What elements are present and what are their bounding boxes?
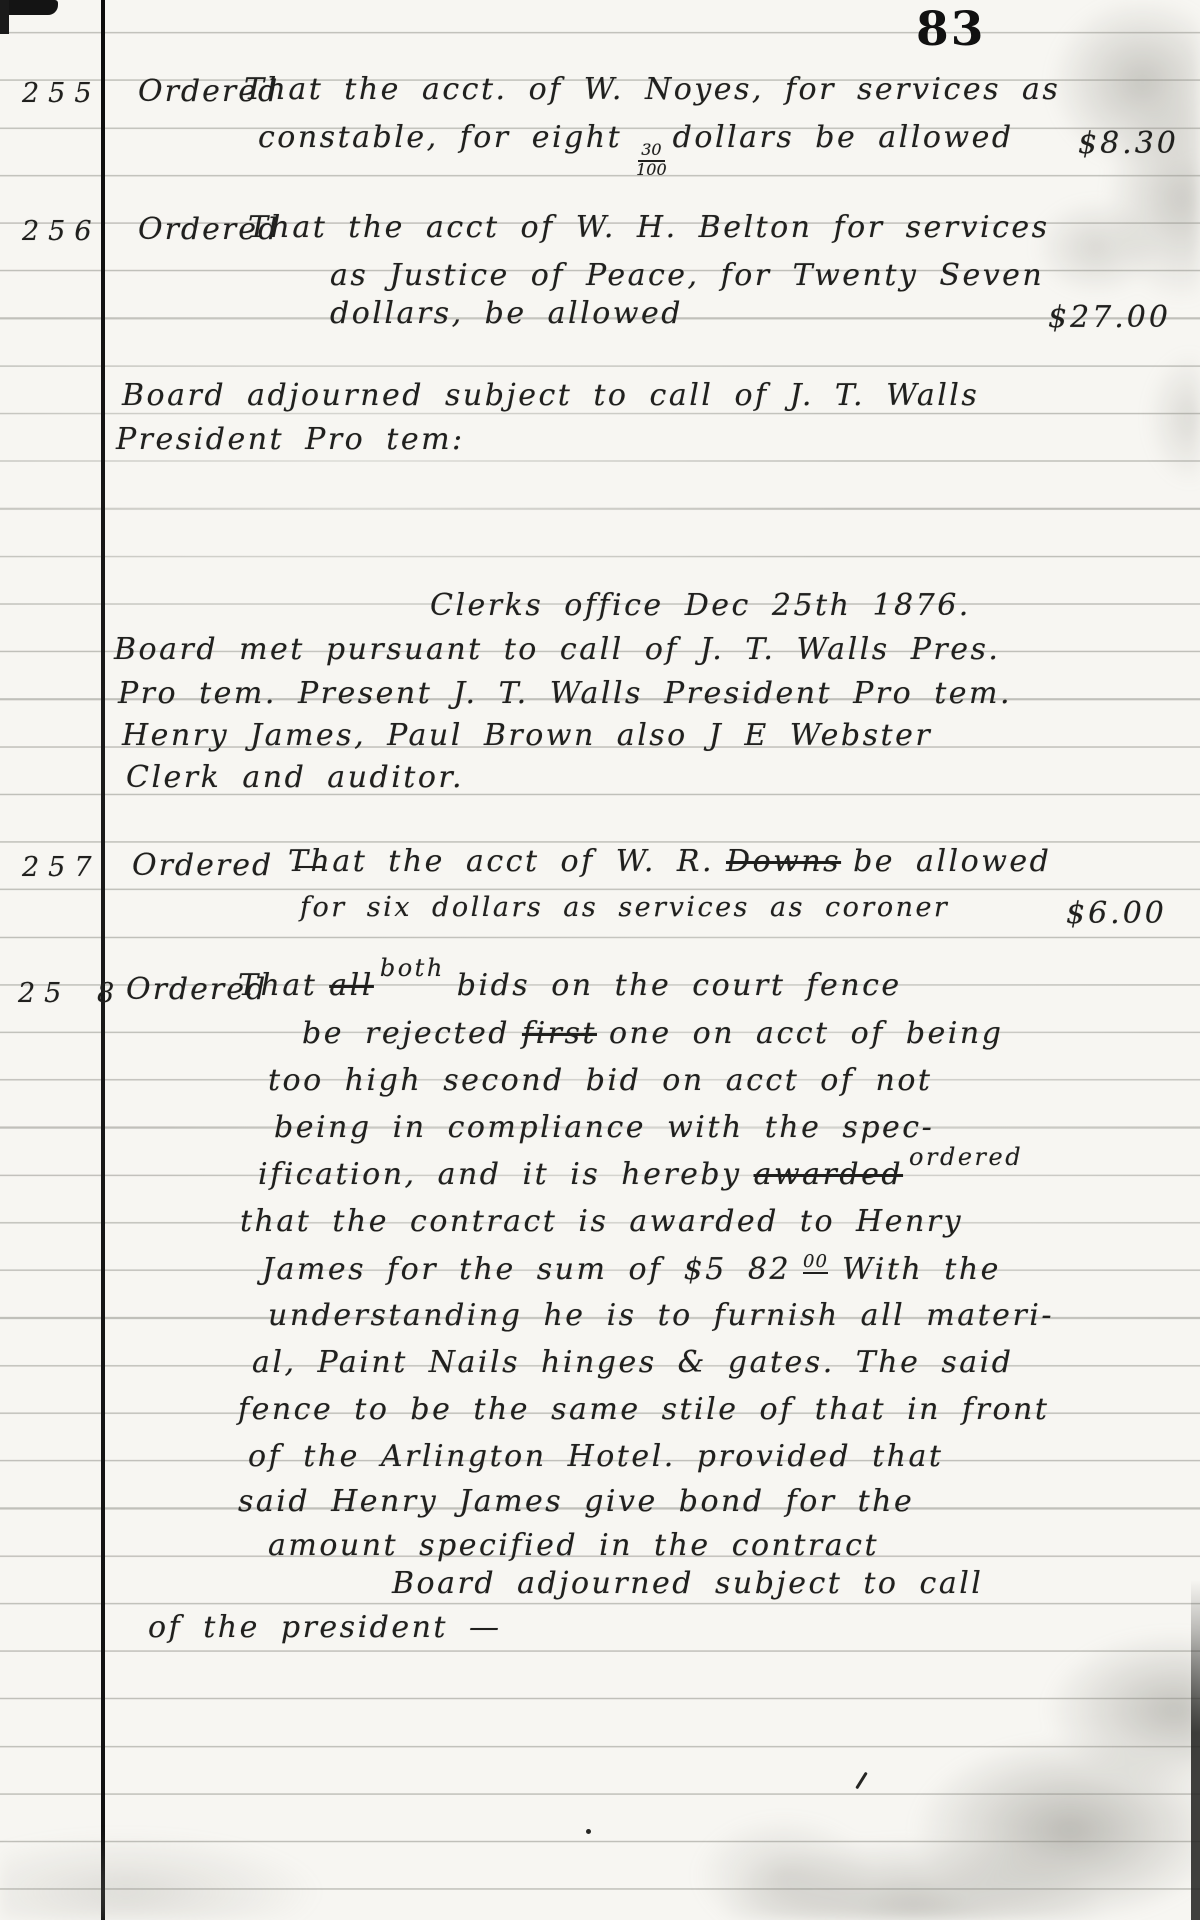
entry-257-amount: $6.00 (1066, 896, 1167, 931)
entry-258-struck-word-first: first (522, 1016, 597, 1051)
entry-255-cents-fraction: 30100 (636, 142, 667, 179)
entry-255-line-2: constable, for eight30100dollars be allo… (258, 120, 1014, 179)
session-line-4: Clerk and auditor. (126, 760, 464, 795)
entry-258-line-1-text: That (238, 968, 317, 1003)
fraction-numerator: 30 (638, 142, 664, 162)
entry-255-line-1: That the acct. of W. Noyes, for services… (244, 72, 1060, 107)
entry-258-struck-word-awarded: awarded (754, 1157, 903, 1192)
session-line-1: Board met pursuant to call of J. T. Wall… (114, 632, 1000, 667)
entry-255-line-2-text: constable, for eight (258, 120, 622, 155)
entry-255-line-2-rest: dollars be allowed (673, 120, 1014, 155)
entry-258-line-9: al, Paint Nails hinges & gates. The said (252, 1345, 1013, 1380)
entry-258-line-8: understanding he is to furnish all mater… (268, 1298, 1054, 1333)
entry-258-line-11: of the Arlington Hotel. provided that (248, 1439, 943, 1474)
entry-258-line-7-rest: With the (842, 1252, 1001, 1287)
entry-257-struck-name: Downs (726, 844, 841, 879)
fraction-denominator: 100 (636, 162, 667, 179)
entry-258-line-5-text: ification, and it is hereby (258, 1157, 742, 1192)
entry-258-line-13: amount specified in the contract (268, 1528, 879, 1563)
margin-rule-line (101, 0, 105, 1920)
entry-258-inserted-word-ordered: ordered (909, 1143, 1023, 1171)
entry-258-line-12: said Henry James give bond for the (238, 1484, 914, 1519)
entry-257-line-1-rest: be allowed (853, 844, 1051, 879)
page-edge-shadow (1191, 1580, 1200, 1920)
entry-258-amount-cents: 00 (803, 1251, 828, 1274)
entry-258-line-2: be rejectedfirstone on acct of being (302, 1016, 1003, 1051)
entry-258-line-3: too high second bid on acct of not (268, 1063, 932, 1098)
entry-257-line-1: That the acct of W. R.Downsbe allowed (288, 844, 1051, 879)
entry-257-number: 257 (22, 852, 101, 883)
entry-258-line-2-text: be rejected (302, 1016, 510, 1051)
entry-258-line-7: James for the sum of $5 8200With the (262, 1251, 1001, 1287)
adjournment-1-line-1: Board adjourned subject to call of J. T.… (122, 378, 979, 413)
entry-258-line-10: fence to be the same stile of that in fr… (238, 1392, 1049, 1427)
session-line-2: Pro tem. Present J. T. Walls President P… (118, 676, 1012, 711)
entry-257-line-1-text: That the acct of W. R. (288, 844, 714, 879)
entry-255-amount: $8.30 (1078, 126, 1179, 161)
entry-256-number: 256 (22, 216, 101, 247)
entry-255-number: 255 (22, 78, 101, 109)
entry-258-line-5: ification, and it is herebyawardedordere… (258, 1157, 1023, 1192)
adjournment-2-line-2: of the president — (148, 1610, 502, 1645)
entry-258-inserted-word-both: both (380, 954, 445, 982)
entry-258-struck-word-all: all (329, 968, 374, 1003)
entry-256-line-3: dollars, be allowed (330, 296, 683, 331)
entry-258-line-6: that the contract is awarded to Henry (240, 1204, 963, 1239)
ledger-page: 83 255 Ordered That the acct. of W. Noye… (0, 0, 1200, 1920)
adjournment-2-line-1: Board adjourned subject to call (392, 1566, 983, 1601)
session-heading: Clerks office Dec 25th 1876. (430, 588, 971, 623)
session-line-3: Henry James, Paul Brown also J E Webster (122, 718, 932, 753)
adjournment-1-line-2: President Pro tem: (116, 422, 465, 457)
entry-256-amount: $27.00 (1048, 300, 1171, 335)
entry-258-line-2-rest: one on acct of being (609, 1016, 1003, 1051)
entry-258-number: 25 8 (18, 978, 123, 1009)
page-number: 83 (916, 2, 985, 57)
entry-258-line-4: being in compliance with the spec- (274, 1110, 934, 1145)
stray-ink-dot (586, 1829, 591, 1834)
ink-blot-left-edge (0, 0, 9, 34)
entry-257-line-2: for six dollars as services as coroner (300, 892, 949, 923)
entry-258-line-1: Thatallbothbids on the court fence (238, 968, 902, 1003)
entry-256-line-1: That the acct of W. H. Belton for servic… (248, 210, 1050, 245)
entry-258-line-7-text: James for the sum of $5 82 (262, 1252, 791, 1287)
entry-258-line-1-rest: bids on the court fence (457, 968, 902, 1003)
entry-256-line-2: as Justice of Peace, for Twenty Seven (330, 258, 1044, 293)
